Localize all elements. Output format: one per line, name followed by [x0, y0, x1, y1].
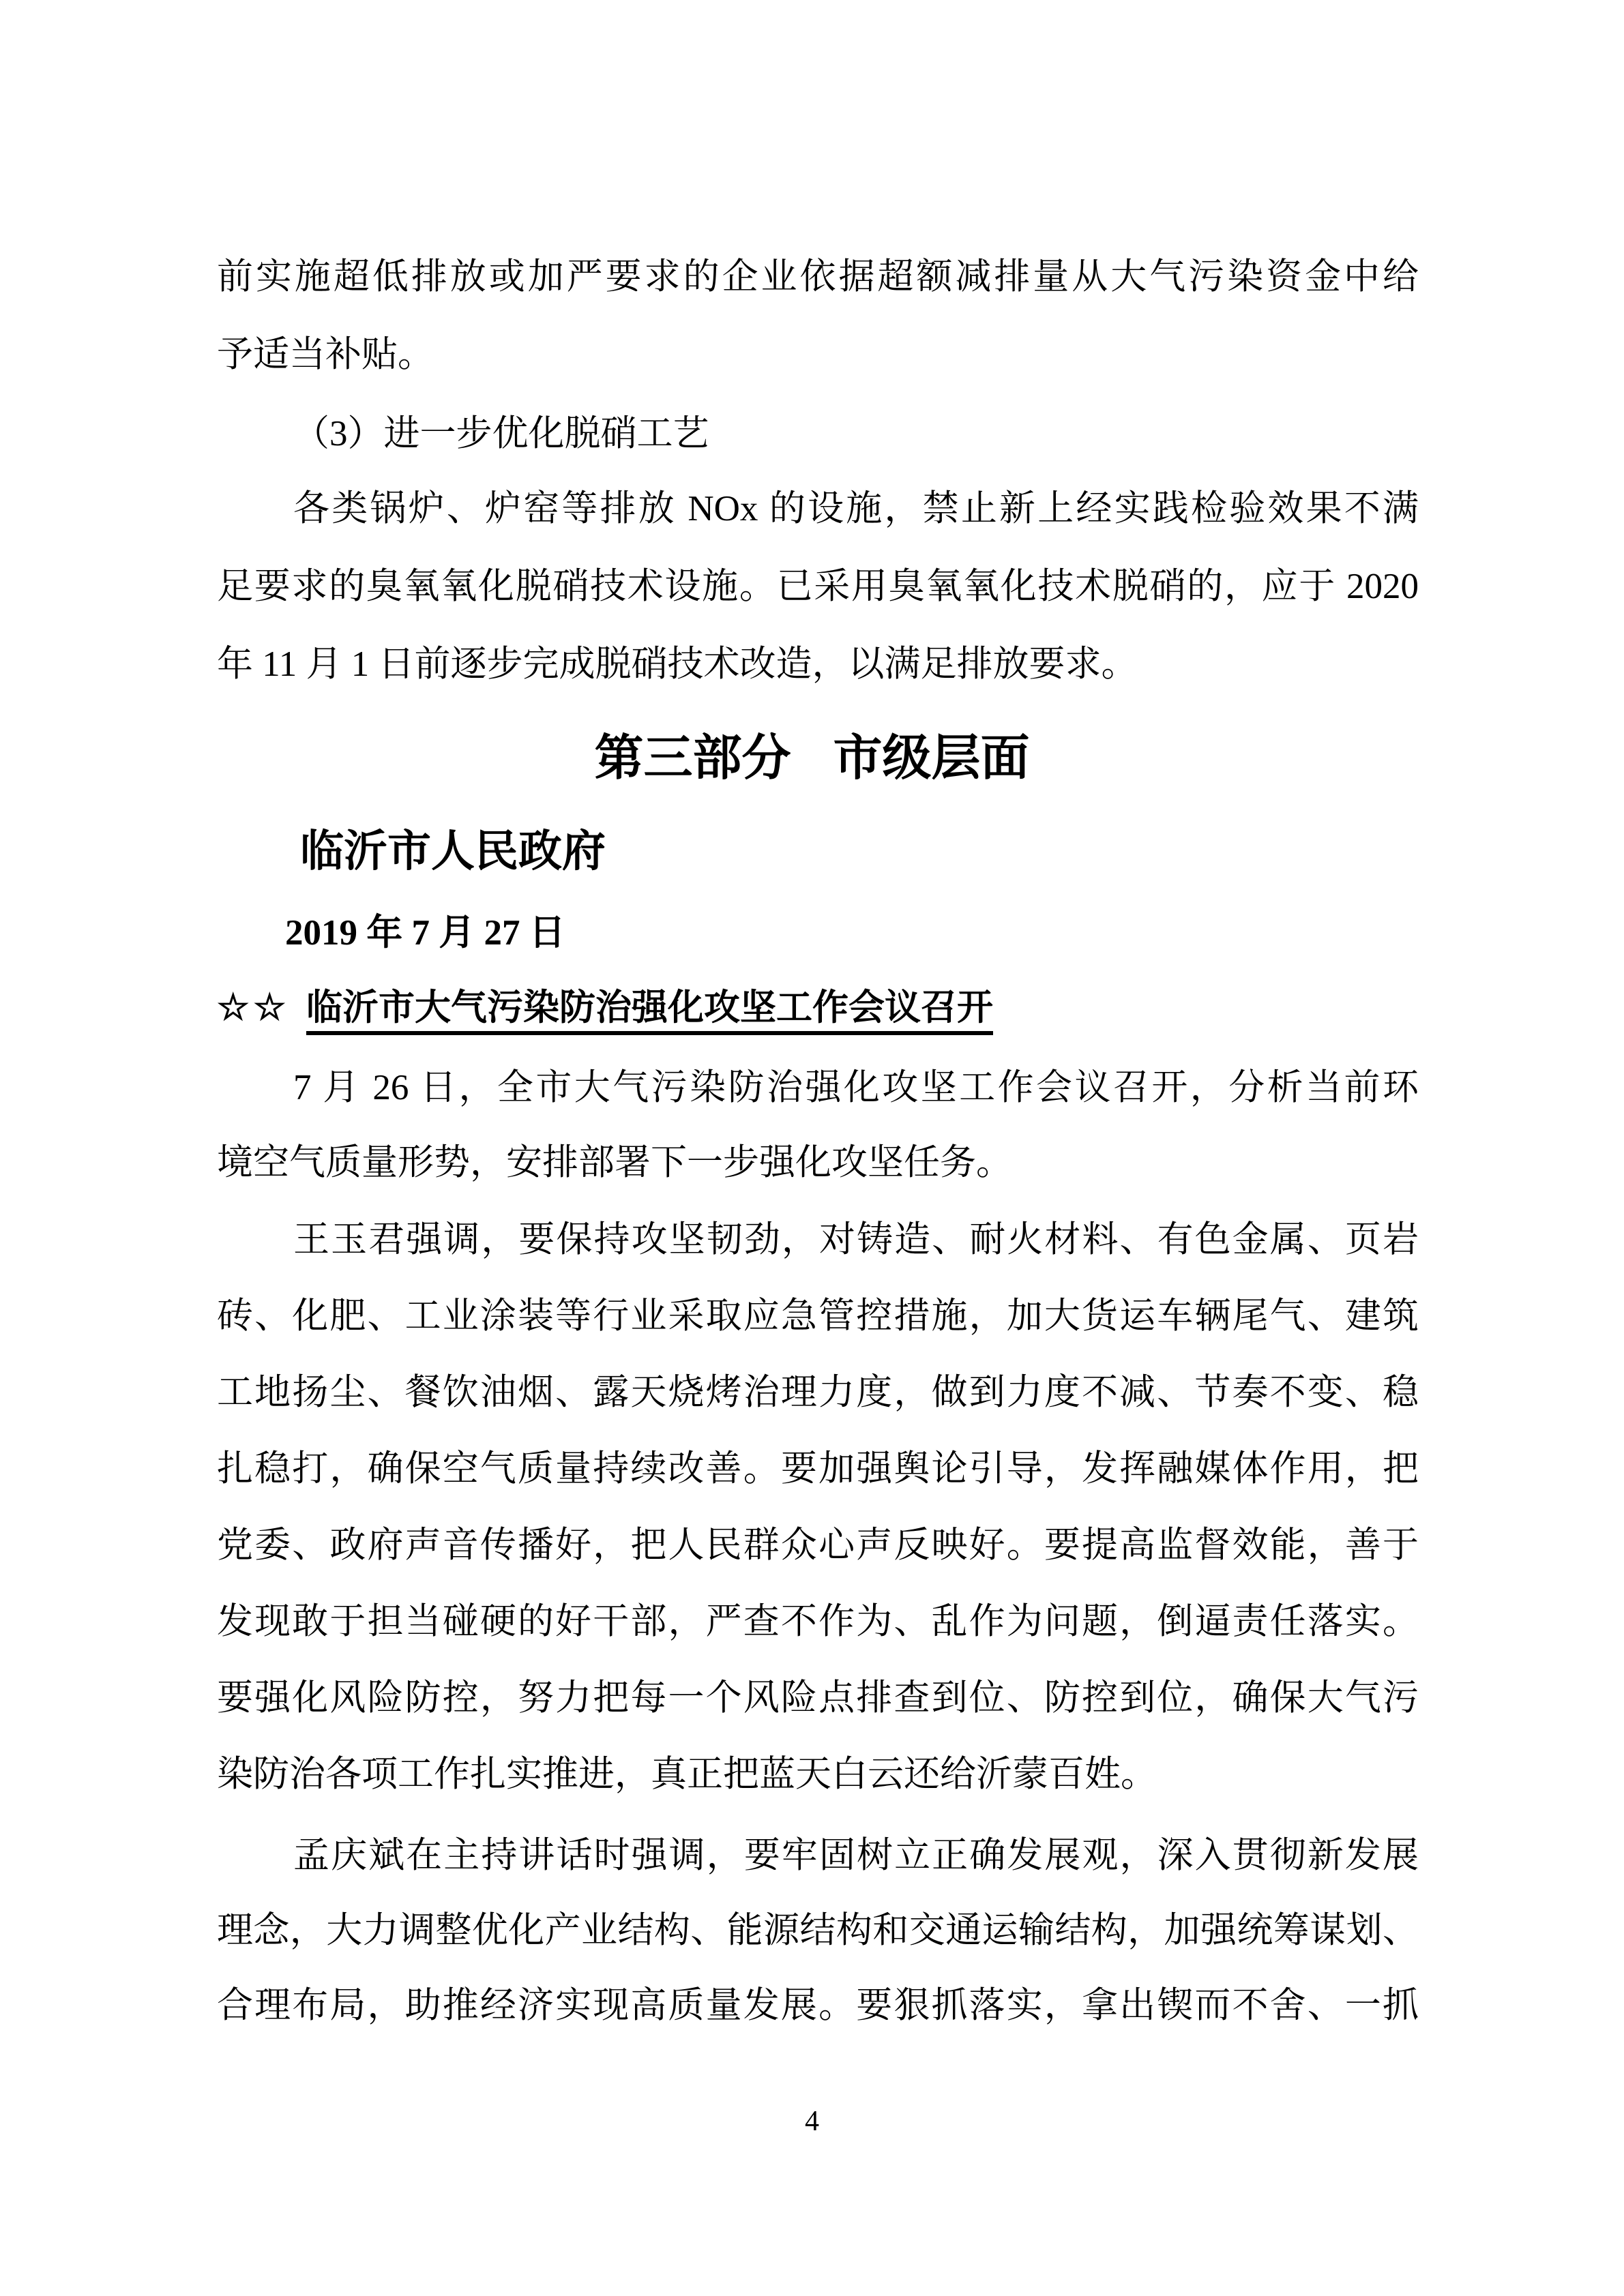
paragraph-meeting: 7 月 26 日，全市大气污染防治强化攻坚工作会议召开，分析当前环境空气质量形势…: [217, 1050, 1419, 1200]
text-line: 合理布局，助推经济实现高质量发展。要狠抓落实，拿出锲而不舍、一抓: [217, 1968, 1419, 2043]
text-line: 发现敢于担当碰硬的好干部，严查不作为、乱作为问题，倒逼责任落实。: [217, 1583, 1419, 1660]
text-line: 足要求的臭氧氧化脱硝技术设施。已采用臭氧氧化技术脱硝的，应于 2020: [217, 548, 1419, 625]
paragraph-meng-qingbin: 孟庆斌在主持讲话时强调，要牢固树立正确发展观，深入贯彻新发展理念，大力调整优化产…: [217, 1818, 1419, 2043]
text-line: 年 11 月 1 日前逐步完成脱硝技术改造，以满足排放要求。: [217, 625, 1419, 703]
page-number: 4: [0, 2104, 1624, 2139]
text-line: （3）进一步优化脱硝工艺: [217, 395, 1419, 473]
paragraph-subsidy: 前实施超低排放或加严要求的企业依据超额减排量从大气污染资金中给予适当补贴。: [217, 238, 1419, 393]
text-line: 理念，大力调整优化产业结构、能源结构和交通运输结构，加强统筹谋划、: [217, 1893, 1419, 1968]
text-line: 砖、化肥、工业涂装等行业采取应急管控措施，加大货运车辆尾气、建筑: [217, 1278, 1419, 1354]
text-line: 要强化风险防控，努力把每一个风险点排查到位、防控到位，确保大气污: [217, 1660, 1419, 1736]
paragraph-boilers: 各类锅炉、炉窑等排放 NOx 的设施，禁止新上经实践检验效果不满足要求的臭氧氧化…: [217, 470, 1419, 703]
paragraph-wang-yujun: 王玉君强调，要保持攻坚韧劲，对铸造、耐火材料、有色金属、页岩砖、化肥、工业涂装等…: [217, 1202, 1419, 1813]
text-line: 孟庆斌在主持讲话时强调，要牢固树立正确发展观，深入贯彻新发展: [217, 1818, 1419, 1893]
text-line: 7 月 26 日，全市大气污染防治强化攻坚工作会议召开，分析当前环: [217, 1050, 1419, 1125]
document-page: 前实施超低排放或加严要求的企业依据超额减排量从大气污染资金中给予适当补贴。 （3…: [0, 0, 1624, 2296]
starred-article-heading: ☆☆临沂市大气污染防治强化攻坚工作会议召开: [217, 969, 1419, 1047]
date-heading: 2019 年 7 月 27 日: [217, 894, 1487, 972]
text-line: 工地扬尘、餐饮油烟、露天烧烤治理力度，做到力度不减、节奏不变、稳: [217, 1354, 1419, 1431]
text-line: 扎稳打，确保空气质量持续改善。要加强舆论引导，发挥融媒体作用，把: [217, 1431, 1419, 1507]
starred-article-title: 临沂市大气污染防治强化攻坚工作会议召开: [306, 988, 993, 1035]
text-line: 前实施超低排放或加严要求的企业依据超额减排量从大气污染资金中给: [217, 238, 1419, 316]
text-line: 予适当补贴。: [217, 316, 1419, 393]
government-name-heading: 临沂市人民政府: [217, 811, 1502, 893]
double-star-icon: ☆☆: [217, 988, 290, 1028]
section-title: 第三部分 市级层面: [0, 714, 1624, 803]
text-line: 染防治各项工作扎实推进，真正把蓝天白云还给沂蒙百姓。: [217, 1736, 1419, 1813]
text-line: 境空气质量形势，安排部署下一步强化攻坚任务。: [217, 1125, 1419, 1200]
text-line: 王玉君强调，要保持攻坚韧劲，对铸造、耐火材料、有色金属、页岩: [217, 1202, 1419, 1278]
text-line: 各类锅炉、炉窑等排放 NOx 的设施，禁止新上经实践检验效果不满: [217, 470, 1419, 548]
paragraph-item3-heading: （3）进一步优化脱硝工艺: [217, 395, 1419, 473]
text-line: 党委、政府声音传播好，把人民群众心声反映好。要提高监督效能，善于: [217, 1507, 1419, 1583]
